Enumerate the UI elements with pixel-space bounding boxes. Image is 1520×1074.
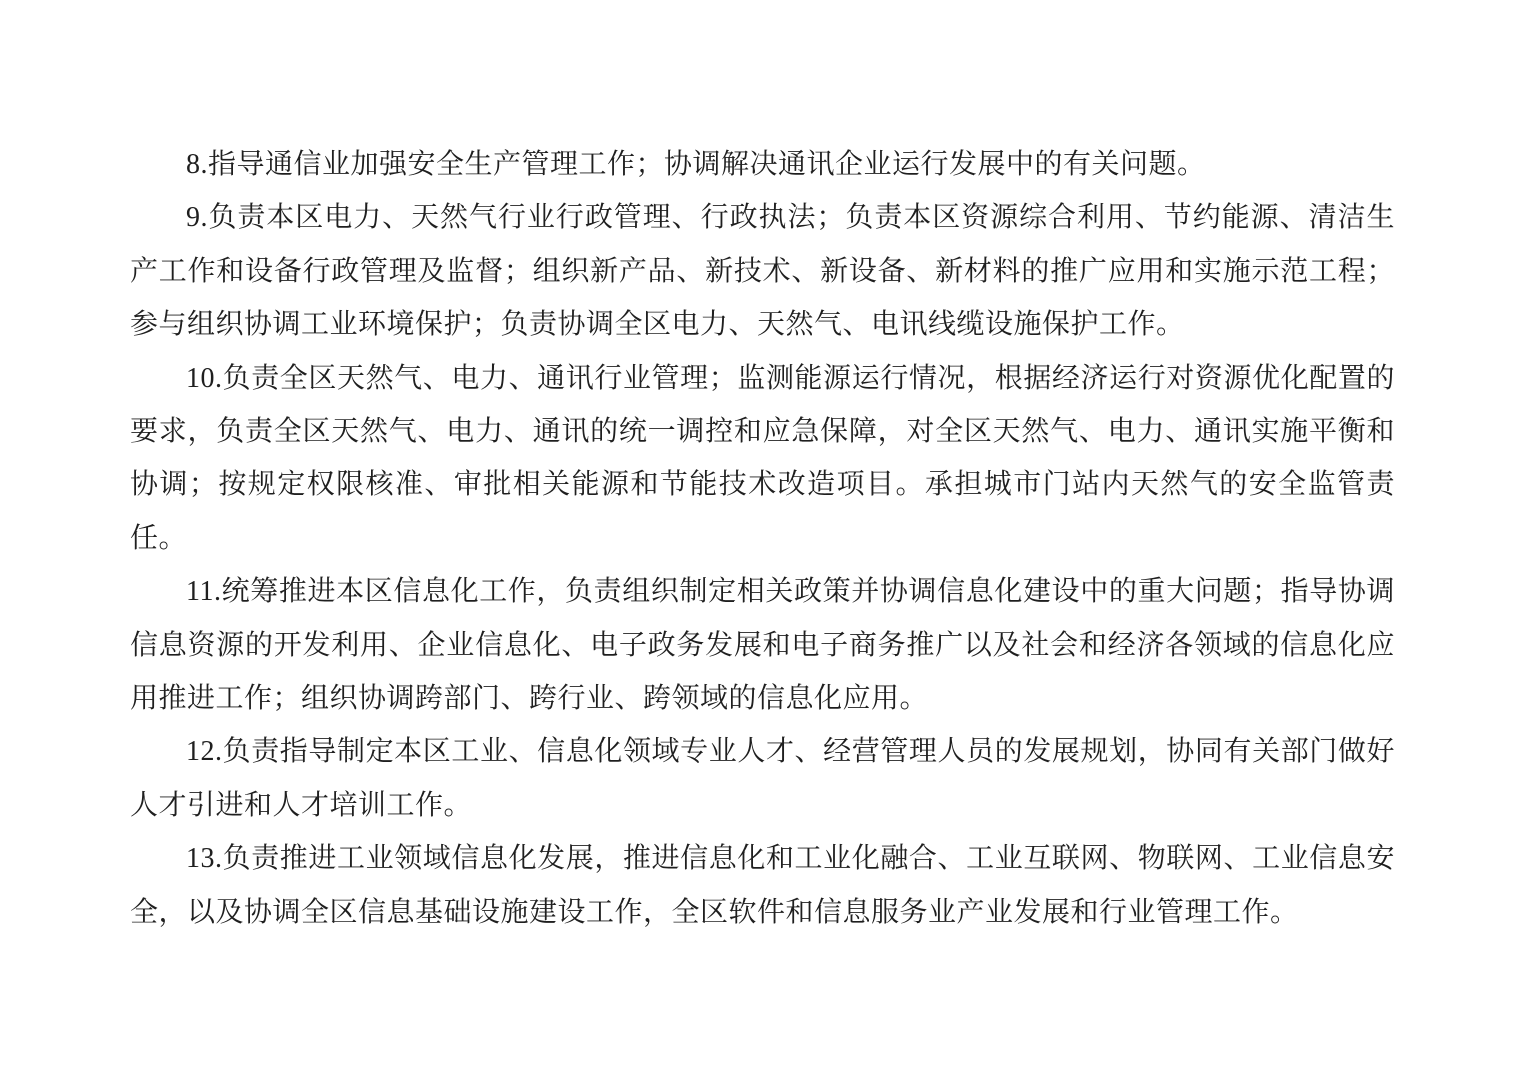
paragraph-item-8: 8.指导通信业加强安全生产管理工作；协调解决通讯企业运行发展中的有关问题。 [130, 138, 1395, 191]
paragraph-item-9: 9.负责本区电力、天然气行业行政管理、行政执法；负责本区资源综合利用、节约能源、… [130, 191, 1395, 351]
document-body: 8.指导通信业加强安全生产管理工作；协调解决通讯企业运行发展中的有关问题。 9.… [130, 138, 1395, 939]
paragraph-item-11: 11.统筹推进本区信息化工作，负责组织制定相关政策并协调信息化建设中的重大问题；… [130, 565, 1395, 725]
document-page: 8.指导通信业加强安全生产管理工作；协调解决通讯企业运行发展中的有关问题。 9.… [0, 0, 1520, 1074]
paragraph-item-13: 13.负责推进工业领域信息化发展，推进信息化和工业化融合、工业互联网、物联网、工… [130, 832, 1395, 939]
paragraph-item-10: 10.负责全区天然气、电力、通讯行业管理；监测能源运行情况，根据经济运行对资源优… [130, 352, 1395, 566]
paragraph-item-12: 12.负责指导制定本区工业、信息化领域专业人才、经营管理人员的发展规划，协同有关… [130, 725, 1395, 832]
